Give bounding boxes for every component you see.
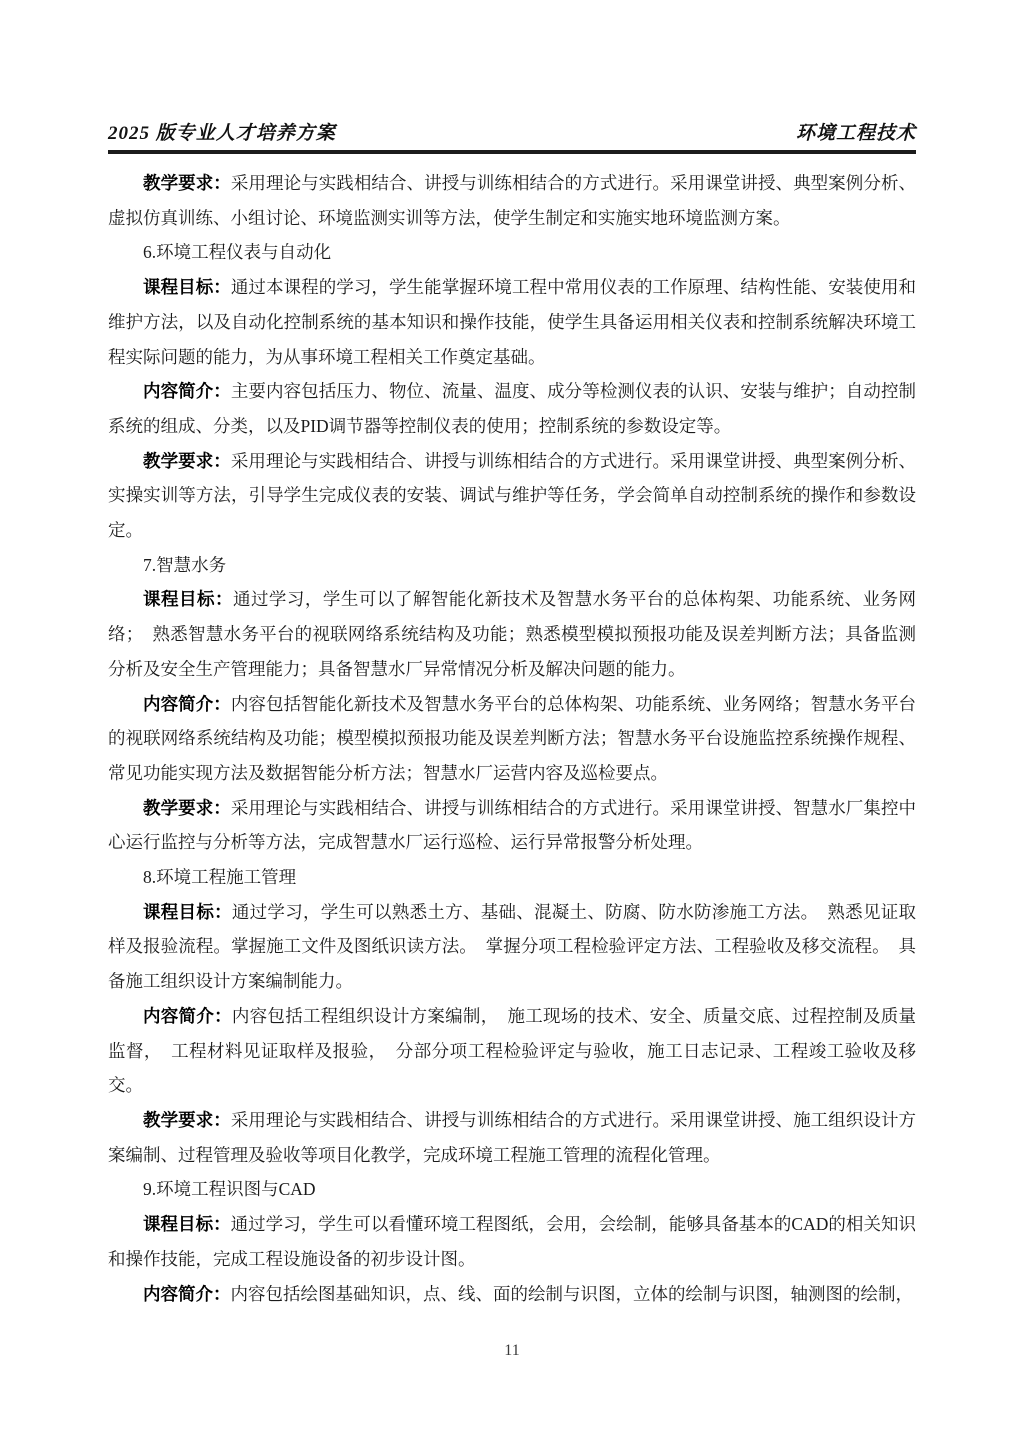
paragraph-teaching-req-5: 教学要求：采用理论与实践相结合、讲授与训练相结合的方式进行。采用课堂讲授、典型案… <box>108 166 916 235</box>
paragraph-content-intro-9: 内容简介：内容包括绘图基础知识，点、线、面的绘制与识图，立体的绘制与识图，轴测图… <box>108 1277 916 1312</box>
paragraph-label: 内容简介： <box>143 1284 231 1304</box>
paragraph-label: 课程目标： <box>143 1214 231 1234</box>
paragraph-text: 内容包括绘图基础知识，点、线、面的绘制与识图，立体的绘制与识图，轴测图的绘制， <box>231 1284 914 1304</box>
document-page: 2025 版专业人才培养方案 环境工程技术 教学要求：采用理论与实践相结合、讲授… <box>0 0 1024 1448</box>
paragraph-label: 内容简介： <box>143 694 231 714</box>
page-header: 2025 版专业人才培养方案 环境工程技术 <box>108 0 916 145</box>
paragraph-label: 课程目标： <box>143 589 233 609</box>
header-left-title: 2025 版专业人才培养方案 <box>108 118 336 145</box>
course-heading-9: 9.环境工程识图与CAD <box>108 1172 916 1207</box>
paragraph-teaching-req-8: 教学要求：采用理论与实践相结合、讲授与训练相结合的方式进行。采用课堂讲授、施工组… <box>108 1103 916 1172</box>
paragraph-label: 课程目标： <box>143 902 232 922</box>
paragraph-teaching-req-7: 教学要求：采用理论与实践相结合、讲授与训练相结合的方式进行。采用课堂讲授、智慧水… <box>108 791 916 860</box>
paragraph-course-goal-6: 课程目标：通过本课程的学习，学生能掌握环境工程中常用仪表的工作原理、结构性能、安… <box>108 270 916 374</box>
paragraph-label: 教学要求： <box>143 798 231 818</box>
paragraph-content-intro-7: 内容简介：内容包括智能化新技术及智慧水务平台的总体构架、功能系统、业务网络；智慧… <box>108 687 916 791</box>
paragraph-label: 课程目标： <box>143 277 231 297</box>
paragraph-course-goal-8: 课程目标：通过学习，学生可以熟悉土方、基础、混凝土、防腐、防水防渗施工方法。 熟… <box>108 895 916 999</box>
paragraph-label: 教学要求： <box>143 173 231 193</box>
paragraph-content-intro-8: 内容简介：内容包括工程组织设计方案编制， 施工现场的技术、安全、质量交底、过程控… <box>108 999 916 1103</box>
paragraph-label: 内容简介： <box>143 381 231 401</box>
header-double-rule <box>108 150 916 154</box>
paragraph-teaching-req-6: 教学要求：采用理论与实践相结合、讲授与训练相结合的方式进行。采用课堂讲授、典型案… <box>108 444 916 548</box>
paragraph-label: 教学要求： <box>143 1110 231 1130</box>
page-number: 11 <box>504 1342 519 1359</box>
paragraph-course-goal-9: 课程目标：通过学习，学生可以看懂环境工程图纸，会用，会绘制，能够具备基本的CAD… <box>108 1207 916 1276</box>
paragraph-label: 内容简介： <box>143 1006 232 1026</box>
course-heading-7: 7.智慧水务 <box>108 548 916 583</box>
header-right-title: 环境工程技术 <box>796 118 916 145</box>
document-body: 教学要求：采用理论与实践相结合、讲授与训练相结合的方式进行。采用课堂讲授、典型案… <box>108 166 916 1311</box>
paragraph-label: 教学要求： <box>143 451 231 471</box>
course-heading-6: 6.环境工程仪表与自动化 <box>108 235 916 270</box>
paragraph-content-intro-6: 内容简介：主要内容包括压力、物位、流量、温度、成分等检测仪表的认识、安装与维护；… <box>108 374 916 443</box>
page-footer: 11 <box>0 1342 1024 1360</box>
course-heading-8: 8.环境工程施工管理 <box>108 860 916 895</box>
paragraph-course-goal-7: 课程目标：通过学习，学生可以了解智能化新技术及智慧水务平台的总体构架、功能系统、… <box>108 582 916 686</box>
